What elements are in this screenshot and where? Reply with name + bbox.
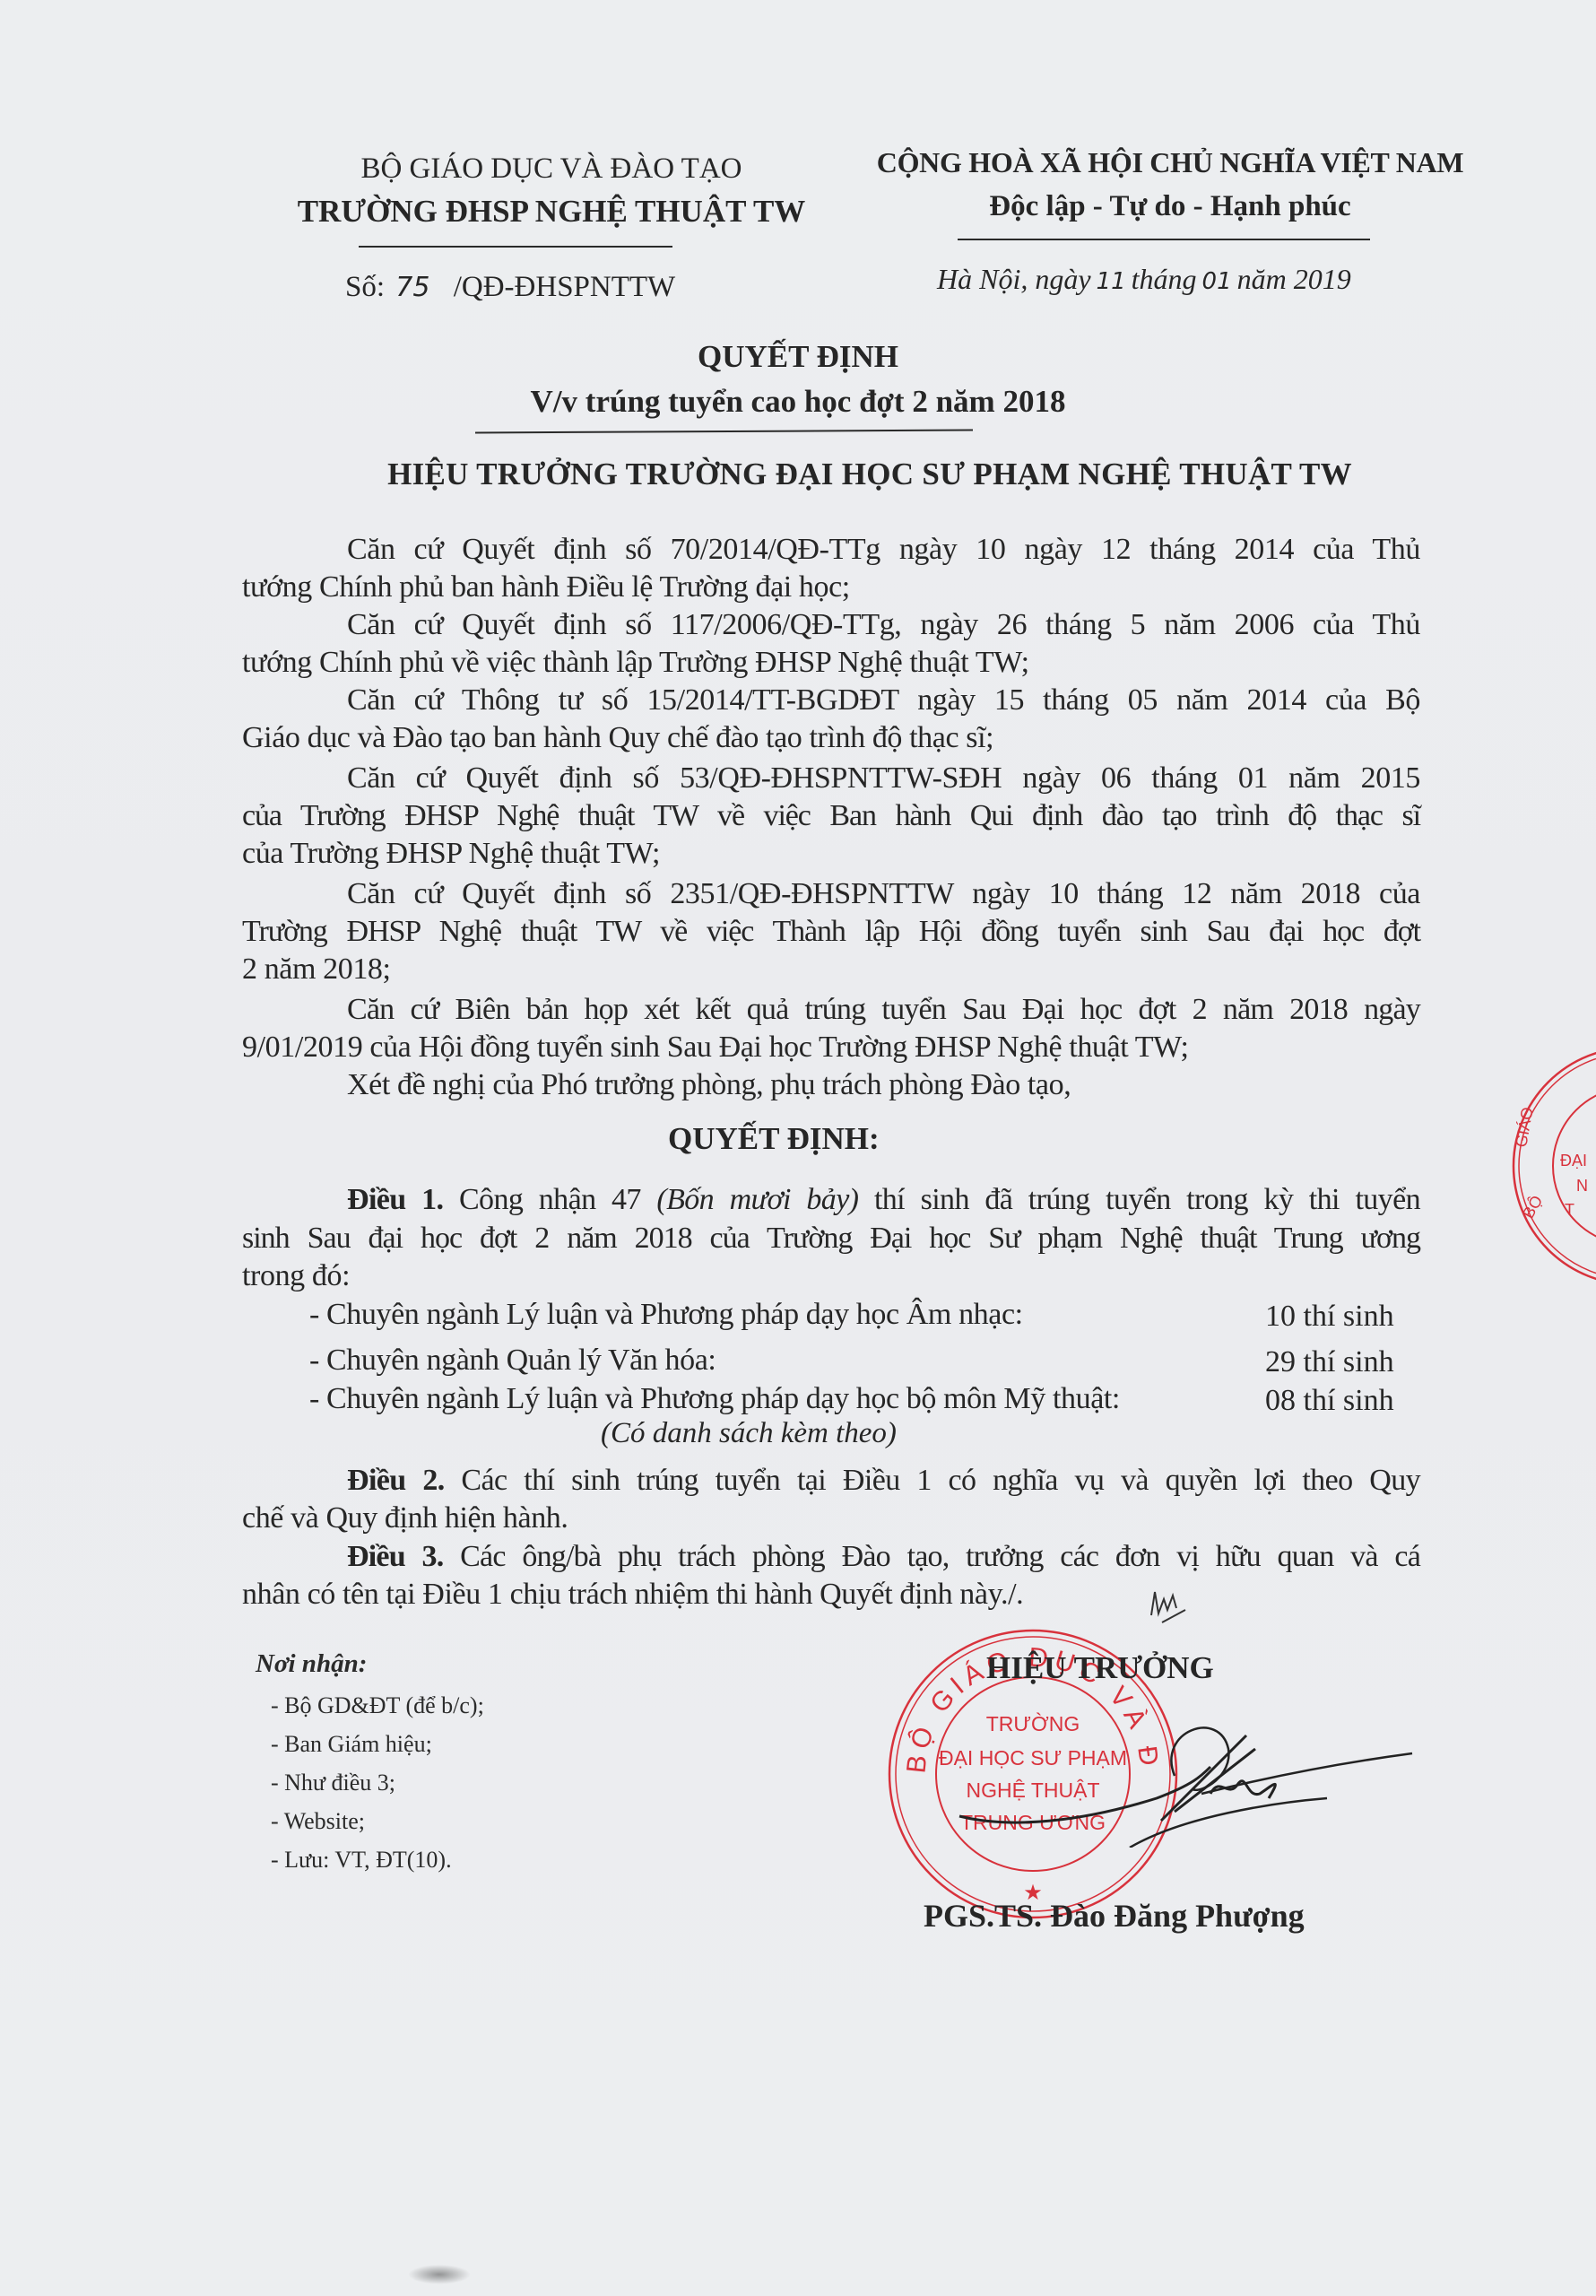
- article-1-label: Điều 1.: [347, 1183, 443, 1216]
- school-name-underline: [359, 246, 672, 248]
- preamble-line: Giáo dục và Đào tạo ban hành Quy chế đào…: [242, 719, 1420, 757]
- school-name: TRƯỜNG ĐHSP NGHỆ THUẬT TW: [256, 194, 847, 230]
- preamble-line: Căn cứ Quyết định số 53/QĐ-ĐHSPNTTW-SĐH …: [347, 760, 1420, 797]
- svg-text:T: T: [1565, 1201, 1574, 1219]
- svg-text:ĐẠI: ĐẠI: [1560, 1152, 1587, 1170]
- preamble-line: của Trường ĐHSP Nghệ thuật TW;: [242, 835, 1420, 873]
- article-1-line-2: sinh Sau đại học đợt 2 năm 2018 của Trườ…: [242, 1220, 1420, 1257]
- national-motto: Độc lập - Tự do - Hạnh phúc: [906, 190, 1435, 223]
- recipient-item: - Website;: [271, 1806, 365, 1837]
- major-item-culture-management: - Chuyên ngành Quản lý Văn hóa:: [309, 1342, 716, 1379]
- preamble-line: tướng Chính phủ ban hành Điều lệ Trường …: [242, 569, 1420, 606]
- article-3-line-1: Điều 3. Các ông/bà phụ trách phòng Đào t…: [347, 1538, 1420, 1576]
- document-number: Số: 75 /QĐ-ĐHSPNTTW: [345, 271, 675, 304]
- decision-heading: QUYẾT ĐỊNH:: [668, 1121, 880, 1157]
- article-1-text-a: Công nhận 47: [443, 1183, 656, 1216]
- article-2-text: Các thí sinh trúng tuyển tại Điều 1 có n…: [445, 1464, 1420, 1497]
- number-prefix: Số:: [345, 271, 385, 303]
- preamble-line: của Trường ĐHSP Nghệ thuật TW về việc Ba…: [242, 797, 1420, 835]
- motto-underline: [958, 239, 1370, 240]
- partial-seal-right-edge: GIÁO ĐẠI N T BỘ: [1506, 1040, 1596, 1291]
- preamble-line: Căn cứ Quyết định số 70/2014/QĐ-TTg ngày…: [347, 531, 1420, 569]
- issuing-authority: HIỆU TRƯỞNG TRƯỜNG ĐẠI HỌC SƯ PHẠM NGHỆ …: [323, 457, 1417, 492]
- preamble-line: Căn cứ Quyết định số 117/2006/QĐ-TTg, ng…: [347, 606, 1420, 644]
- ministry-name: BỘ GIÁO DỤC VÀ ĐÀO TẠO: [282, 152, 820, 186]
- preamble-line: Căn cứ Thông tư số 15/2014/TT-BGDĐT ngày…: [347, 682, 1420, 719]
- day-handwritten: 11: [1097, 268, 1126, 295]
- recipient-item: - Như điều 3;: [271, 1768, 395, 1798]
- number-suffix: /QĐ-ĐHSPNTTW: [454, 271, 675, 303]
- signer-name: PGS.TS. Đào Đăng Phượng: [924, 1897, 1305, 1935]
- preamble-line: 9/01/2019 của Hội đồng tuyển sinh Sau Đạ…: [242, 1029, 1420, 1066]
- article-3-line-2: nhân có tên tại Điều 1 chịu trách nhiệm …: [242, 1576, 1420, 1613]
- nation-name: CỘNG HOÀ XÃ HỘI CHỦ NGHĨA VIỆT NAM: [834, 146, 1506, 179]
- year-text: năm 2019: [1237, 263, 1351, 295]
- handwritten-signature: [932, 1713, 1417, 1848]
- signer-role: HIỆU TRƯỞNG: [986, 1650, 1214, 1686]
- recipient-item: - Bộ GD&ĐT (để b/c);: [271, 1691, 484, 1721]
- svg-text:N: N: [1576, 1177, 1588, 1195]
- month-label: tháng: [1132, 263, 1197, 295]
- month-handwritten: 01: [1202, 268, 1232, 295]
- attachment-note: (Có danh sách kèm theo): [601, 1417, 897, 1450]
- major-item-music: - Chuyên ngành Lý luận và Phương pháp dạ…: [309, 1296, 1023, 1334]
- decision-title: QUYẾT ĐỊNH: [574, 339, 1022, 375]
- decision-subject: V/v trúng tuyển cao học đợt 2 năm 2018: [484, 384, 1112, 420]
- preamble-line: Căn cứ Biên bản họp xét kết quả trúng tu…: [347, 991, 1420, 1029]
- svg-text:GIÁO: GIÁO: [1512, 1106, 1537, 1149]
- recipients-title: Nơi nhận:: [256, 1648, 367, 1679]
- article-1-count-words: (Bốn mươi bảy): [656, 1183, 858, 1216]
- article-1-line-1: Điều 1. Công nhận 47 (Bốn mươi bảy) thí …: [347, 1181, 1420, 1219]
- number-handwritten: 75: [395, 272, 429, 303]
- article-3-text: Các ông/bà phụ trách phòng Đào tạo, trưở…: [443, 1540, 1420, 1573]
- article-2-line-1: Điều 2. Các thí sinh trúng tuyển tại Điề…: [347, 1462, 1420, 1500]
- place-date: Hà Nội, ngày11tháng01năm 2019: [937, 263, 1351, 296]
- ink-smudge: [408, 2265, 471, 2284]
- preamble-line: Trường ĐHSP Nghệ thuật TW về việc Thành …: [242, 913, 1420, 951]
- place-date-prefix: Hà Nội, ngày: [937, 263, 1091, 295]
- partial-seal-graphic: GIÁO ĐẠI N T BỘ: [1506, 1040, 1596, 1291]
- recipient-item: - Ban Giám hiệu;: [271, 1729, 432, 1760]
- major-item-fine-arts: - Chuyên ngành Lý luận và Phương pháp dạ…: [309, 1380, 1120, 1418]
- article-2-label: Điều 2.: [347, 1464, 445, 1497]
- preamble-line: Xét đề nghị của Phó trưởng phòng, phụ tr…: [347, 1066, 1420, 1104]
- subject-underline: [475, 430, 973, 434]
- preamble-line: tướng Chính phủ về việc thành lập Trường…: [242, 644, 1420, 682]
- article-2-line-2: chế và Quy định hiện hành.: [242, 1500, 1420, 1537]
- preamble-line: 2 năm 2018;: [242, 951, 1420, 988]
- article-1-line-3: trong đó:: [242, 1257, 1420, 1295]
- major-count-culture-management: 29 thí sinh: [1265, 1345, 1394, 1379]
- major-count-fine-arts: 08 thí sinh: [1265, 1384, 1394, 1418]
- recipient-item: - Lưu: VT, ĐT(10).: [271, 1845, 452, 1875]
- article-3-label: Điều 3.: [347, 1540, 443, 1573]
- preamble-line: Căn cứ Quyết định số 2351/QĐ-ĐHSPNTTW ng…: [347, 875, 1420, 913]
- major-count-music: 10 thí sinh: [1265, 1300, 1394, 1334]
- article-1-text-b: thí sinh đã trúng tuyển trong kỳ thi tuy…: [858, 1183, 1420, 1216]
